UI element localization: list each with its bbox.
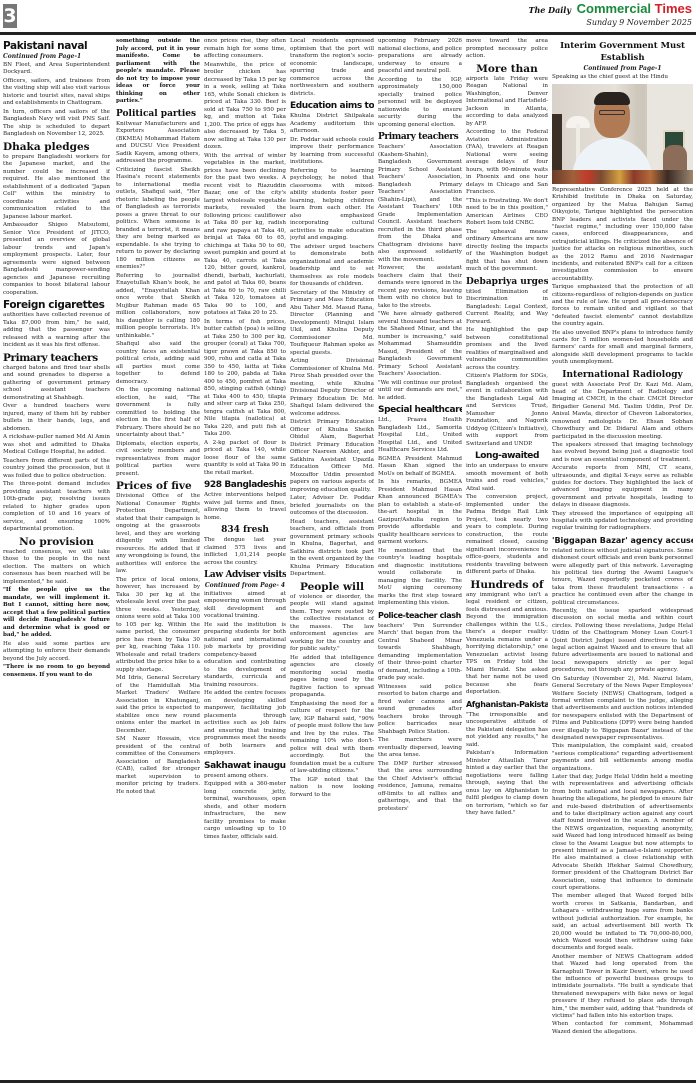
article-paragraph: initiatives aimed at empowering women th… <box>204 591 286 621</box>
headline-debapriya-urges: Debapriya urges <box>466 276 548 288</box>
article-paragraph: When contacted for comment, Mohammad Waz… <box>552 1021 693 1036</box>
article-paragraph: Later, Adviser Dr. Poddar briefed journa… <box>290 495 374 518</box>
article-paragraph: He added the centre focuses on developin… <box>204 690 286 758</box>
continued-label: Continued from Page-1 <box>552 65 693 73</box>
article-paragraph: teachers' 'Pen Surrender March' that beg… <box>378 623 462 683</box>
article-paragraph: "We have already gathered several thousa… <box>378 311 462 379</box>
article-paragraph: The dengue last year claimed 575 lives a… <box>204 537 286 567</box>
article-paragraph: Secretary of the Ministry of Primary and… <box>290 290 374 358</box>
headline-primary-teachers: Primary teachers <box>3 352 110 364</box>
article-paragraph: In terms of fish prices, butter catfish … <box>204 319 286 439</box>
article-paragraph: reached consensus, we will take those to… <box>3 549 110 587</box>
article-paragraph: Diplomats, election experts, civil socie… <box>116 441 200 479</box>
article-paragraph: Speaking as the chief guest at the Hindu <box>552 74 693 81</box>
headline-prices-of-five: Prices of five <box>116 480 200 492</box>
brand-word-commercial: Commercial <box>577 1 651 16</box>
article-paragraph: "The irresponsible and uncooperative att… <box>466 712 548 750</box>
article-paragraph: The conversion project, implemented unde… <box>466 494 548 577</box>
issue-date: Sunday 9 November 2025 <box>528 18 692 27</box>
header-rule <box>0 32 696 35</box>
article-paragraph: However, the assistant teachers claim th… <box>378 265 462 310</box>
article-paragraph: Ambassador Shigeo Matsutomi, Senior Vice… <box>3 222 110 297</box>
article-paragraph: titled Elimination of Discrimination in … <box>466 289 548 327</box>
column-1: Pakistani naval Continued from Page-1 BN… <box>3 38 110 1078</box>
article-paragraph: Meanwhile, the price of broiler chicken … <box>204 62 286 152</box>
article-paragraph: According to the IGP, approximately 150,… <box>378 77 462 130</box>
article-paragraph: Head teachers, assistant teachers, and o… <box>290 519 374 579</box>
article-photo <box>552 84 693 184</box>
article-paragraph: A 2-kg packet of flour is priced at Taka… <box>204 440 286 478</box>
article-paragraph: Another member of NEWS Chattogram added … <box>552 954 693 1021</box>
article-paragraph: to prepare Bangladeshi workers for the J… <box>3 154 110 222</box>
article-paragraph: Citizen's Platform for SDGs, Bangladesh … <box>466 373 548 448</box>
headline-dhaka-pledges: Dhaka pledges <box>3 141 110 153</box>
article-paragraph: Over a hundred teachers were injured, ma… <box>3 403 110 433</box>
column-3: once prices rise, they often remain high… <box>204 38 286 1078</box>
column-7: Interim Government Must Establish Contin… <box>552 38 693 1078</box>
article-paragraph: He added that intelligence agencies are … <box>290 655 374 700</box>
article-paragraph: Ltd., Praava Health Bangladesh Ltd., Sam… <box>378 417 462 455</box>
photo-speaker-glasses <box>599 110 625 115</box>
article-paragraph: Referring to learning psychology, he not… <box>290 168 374 243</box>
article-paragraph: The speakers stressed that imaging techn… <box>552 442 693 464</box>
article-paragraph: Khulna District Shilpakala Academy audit… <box>290 113 374 136</box>
article-paragraph: Active interventions helped waive jail t… <box>204 492 286 522</box>
article-paragraph: Recently, the issue sparked widespread d… <box>552 608 693 675</box>
photo-audience <box>552 170 693 184</box>
column-5: upcoming February 2026 national election… <box>378 38 462 1078</box>
headline-afghanistan-pakistan: Afghanistan-Pakistan <box>466 699 548 711</box>
article-paragraph: charged batons and fired tear shells and… <box>3 365 110 403</box>
footer-rule <box>0 1080 696 1083</box>
article-paragraph: The three-point demand includes providin… <box>3 481 110 534</box>
headline-834-fresh: 834 fresh <box>204 524 286 536</box>
column-2: something outside the July accord, put i… <box>116 38 200 1078</box>
headline-primary-teachers-2: Primary teachers <box>378 131 462 143</box>
headline-no-provision: No provision <box>3 536 110 548</box>
article-paragraph: The price of local onions, however, has … <box>116 577 200 675</box>
article-paragraph: Criticizing fascist Sheikh Hasina's rece… <box>116 167 200 272</box>
photo-audience-member <box>663 145 687 171</box>
page-number: 3 <box>3 4 17 28</box>
article-paragraph: Knitwear Manufacturers and Exporters Ass… <box>116 121 200 166</box>
article-paragraph: "If the people give us the mandate, we w… <box>3 587 110 640</box>
article-paragraph: He mentioned that the country's leading … <box>378 548 462 608</box>
headline-sakhawat-inaugurates: Sakhawat inaugurates <box>204 760 286 772</box>
article-paragraph: of violence or disorder, the people will… <box>290 594 374 654</box>
article-paragraph: Md Idris, General Secretary of the Hamid… <box>116 675 200 735</box>
article-paragraph: Emphasising the need for a culture of re… <box>290 701 374 776</box>
article-paragraph: They stressed the importance of equippin… <box>552 511 693 533</box>
headline-foreign-cigarettes: Foreign cigarettes <box>3 299 110 311</box>
article-paragraph: Witnesses said police resorted to baton … <box>378 684 462 737</box>
article-paragraph: Equipped with a 360-meter long concrete … <box>204 781 286 841</box>
article-paragraph: The marchers were eventually dispersed, … <box>378 737 462 760</box>
article-paragraph: Officers, sailors, and trainees from the… <box>3 78 110 108</box>
brand-prefix: The Daily <box>528 5 571 15</box>
article-paragraph: In turn, officers and sailors of the Ban… <box>3 109 110 139</box>
article-paragraph: The IGP noted that the nation is now loo… <box>290 777 374 800</box>
article-paragraph: once prices rise, they often remain high… <box>204 38 286 61</box>
headline-more-than: More than <box>466 63 548 75</box>
article-paragraph: This manipulation, the complaint said, c… <box>552 743 693 773</box>
article-paragraph: upcoming February 2026 national election… <box>378 38 462 76</box>
headline-police-teacher-clash: Police-teacher clash <box>378 610 462 622</box>
headline-long-awaited: Long-awaited <box>466 450 548 462</box>
article-paragraph: According to the Federal Aviation Admini… <box>466 129 548 197</box>
article-paragraph: He also unveiled BNP's plans to introduc… <box>552 330 693 367</box>
brand-word-times: Times <box>655 1 692 16</box>
article-paragraph: District Primary Education Officer of Kh… <box>290 419 374 494</box>
headline-928-bangladeshis: 928 Bangladeshis <box>204 479 286 491</box>
article-paragraph: Accurate reports from MRI, CT scans, ult… <box>552 465 693 509</box>
article-paragraph: Acting Divisional Commissioner of Khulna… <box>290 358 374 418</box>
article-paragraph: Divisional Office of the National Consum… <box>116 493 200 576</box>
headline-hundreds-of: Hundreds of <box>466 579 548 591</box>
article-paragraph: into an underpass to ensure smooth movem… <box>466 463 548 493</box>
article-paragraph: "We will continue our protest until our … <box>378 380 462 403</box>
article-paragraph: He highlighted the gap between constitut… <box>466 327 548 372</box>
headline-pakistani-naval: Pakistani naval <box>3 40 110 52</box>
article-paragraph: SM Nazer Hossain, vice president of the … <box>116 736 200 796</box>
article-paragraph: On the upcoming national election, he sa… <box>116 387 200 440</box>
article-paragraph: Teachers from different parts of the cou… <box>3 458 110 481</box>
photo-speaker-hair <box>594 92 630 105</box>
article-paragraph: The adviser urged teachers to demonstrat… <box>290 244 374 289</box>
article-paragraph: related notices without judicial signatu… <box>552 548 693 607</box>
article-paragraph: Representative Conference 2025 held at t… <box>552 187 693 283</box>
article-paragraph: A rickshaw-puller named Md Al Amin was s… <box>3 434 110 457</box>
headline-international-radiology: International Radiology <box>552 369 693 381</box>
column-6-text: move toward the area prompted necessary … <box>466 38 548 1078</box>
masthead: The Daily Commercial Times Sunday 9 Nove… <box>528 1 692 27</box>
article-paragraph: BN Fleet, and Area Superintendent Dockya… <box>3 62 110 77</box>
article-paragraph: BGMEA President Mahmud Hasan Khan signed… <box>378 456 462 479</box>
headline-biggapan-bazar: 'Biggapan Bazar' agency accused <box>552 535 693 547</box>
article-paragraph: present among others. <box>204 773 286 781</box>
article-paragraph: something outside the July accord, put i… <box>116 38 200 106</box>
column-4: Local residents expressed optimism that … <box>290 38 374 1078</box>
headline-special-healthcare: Special healthcare <box>378 404 462 416</box>
headline-political-parties: Political parties <box>116 108 200 120</box>
article-paragraph: Teachers' Association (Kashem-Shahin), B… <box>378 144 462 264</box>
article-paragraph: guest with Associate Prof Dr. Kazi Md. A… <box>552 382 693 441</box>
article-paragraph: "This is frustrating. We don't need to b… <box>466 198 548 228</box>
newspaper-brand: The Daily Commercial Times <box>528 1 692 16</box>
article-paragraph: "There is no room to go beyond consensus… <box>3 664 110 679</box>
page-header: 3 The Daily Commercial Times Sunday 9 No… <box>0 0 696 32</box>
article-paragraph: The upheaval means ordinary Americans ar… <box>466 229 548 274</box>
article-paragraph: Tarique emphasized that the protection o… <box>552 284 693 328</box>
article-paragraph: airports late Friday were Reagan Nationa… <box>466 76 548 129</box>
continued-label: Continued from Page- 4 <box>204 582 286 590</box>
headline-law-adviser-visits: Law Adviser visits <box>204 569 286 581</box>
article-paragraph: authorities have collected revenue of Ta… <box>3 312 110 350</box>
article-columns: Pakistani naval Continued from Page-1 BN… <box>3 38 693 1078</box>
article-paragraph: With the arrival of winter vegetables in… <box>204 153 286 318</box>
article-paragraph: Later that day, Judge Helal Uddin held a… <box>552 774 693 893</box>
article-paragraph: The member alleged that Wazed forged bil… <box>552 893 693 952</box>
article-paragraph: He also said some parties are attempting… <box>3 641 110 664</box>
headline-education-aims: Education aims to <box>290 100 374 112</box>
continued-label: Continued from Page-1 <box>3 53 110 61</box>
article-paragraph: In his remarks, BGMEA President Mahmud H… <box>378 479 462 547</box>
article-paragraph: Referring to journalist Enayetullah Khan… <box>116 273 200 341</box>
headline-people-will: People will <box>290 581 374 593</box>
article-paragraph: move toward the area prompted necessary … <box>466 38 548 61</box>
headline-interim-government: Interim Government Must Establish <box>552 40 693 64</box>
article-paragraph: Local residents expressed optimism that … <box>290 38 374 98</box>
article-paragraph: Dr. Poddar said schools could improve th… <box>290 137 374 167</box>
article-paragraph: Pakistan's Information Minister Attaulla… <box>466 750 548 818</box>
article-paragraph: Shafiqul also said the country faces an … <box>116 341 200 386</box>
article-paragraph: He said the institution is preparing stu… <box>204 622 286 690</box>
article-paragraph: The DMP further stressed that the area s… <box>378 761 462 814</box>
article-paragraph: any immigrant who isn't a legal resident… <box>466 592 548 697</box>
article-paragraph: On Saturday (November 2), Md. Nazrul Isl… <box>552 676 693 743</box>
